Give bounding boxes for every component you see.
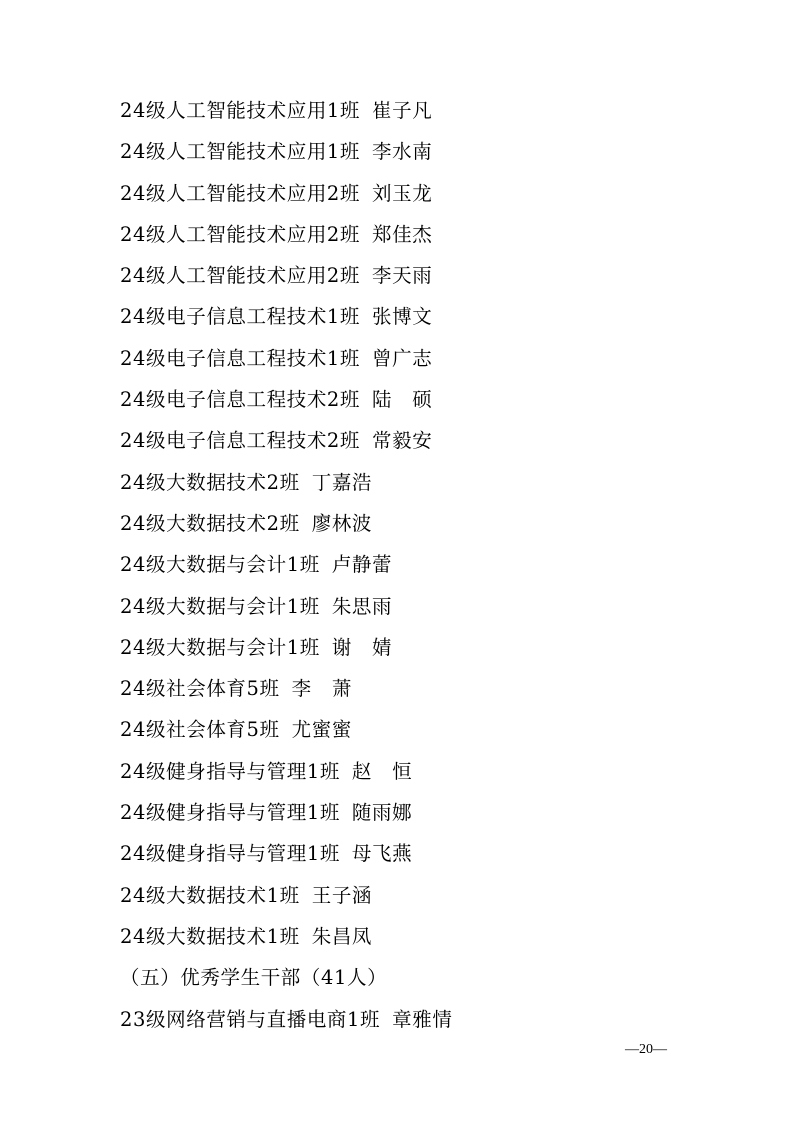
class-name: 24级人工智能技术应用1班 xyxy=(120,131,360,172)
class-name: 24级大数据技术1班 xyxy=(120,875,300,916)
class-name: 24级人工智能技术应用2班 xyxy=(120,214,360,255)
class-name: 24级电子信息工程技术2班 xyxy=(120,379,360,420)
list-item: 24级社会体育5班尤蜜蜜 xyxy=(120,709,452,750)
list-item: 24级大数据技术2班廖林波 xyxy=(120,503,452,544)
document-page: 24级人工智能技术应用1班崔子凡 24级人工智能技术应用1班李水南 24级人工智… xyxy=(0,0,793,1122)
class-name: 24级大数据技术1班 xyxy=(120,916,300,957)
class-name: 24级电子信息工程技术1班 xyxy=(120,338,360,379)
list-item: 24级健身指导与管理1班母飞燕 xyxy=(120,833,452,874)
class-name: 24级电子信息工程技术1班 xyxy=(120,296,360,337)
class-name: 24级人工智能技术应用2班 xyxy=(120,173,360,214)
student-name: 尤蜜蜜 xyxy=(292,709,352,750)
page-number: —20— xyxy=(625,1042,667,1058)
award-list: 24级人工智能技术应用1班崔子凡 24级人工智能技术应用1班李水南 24级人工智… xyxy=(120,90,452,1040)
class-name: 24级社会体育5班 xyxy=(120,709,280,750)
class-name: 24级人工智能技术应用2班 xyxy=(120,255,360,296)
list-item: 24级健身指导与管理1班随雨娜 xyxy=(120,792,452,833)
student-name: 郑佳杰 xyxy=(372,214,432,255)
student-name: 章雅情 xyxy=(392,999,452,1040)
list-item: 24级人工智能技术应用1班崔子凡 xyxy=(120,90,452,131)
list-item: 24级人工智能技术应用2班刘玉龙 xyxy=(120,173,452,214)
student-name: 张博文 xyxy=(372,296,432,337)
student-name: 随雨娜 xyxy=(352,792,412,833)
student-name: 曾广志 xyxy=(372,338,432,379)
student-name: 谢 婧 xyxy=(332,627,392,668)
student-name: 李水南 xyxy=(372,131,432,172)
student-name: 卢静蕾 xyxy=(332,544,392,585)
class-name: 24级电子信息工程技术2班 xyxy=(120,420,360,461)
student-name: 崔子凡 xyxy=(372,90,432,131)
class-name: 24级健身指导与管理1班 xyxy=(120,833,340,874)
list-item: 24级人工智能技术应用2班李天雨 xyxy=(120,255,452,296)
student-name: 陆 硕 xyxy=(372,379,432,420)
list-item: 24级电子信息工程技术1班张博文 xyxy=(120,296,452,337)
student-name: 李 萧 xyxy=(292,668,352,709)
section-heading: （五）优秀学生干部（41人） xyxy=(120,957,452,998)
student-name: 廖林波 xyxy=(312,503,372,544)
list-item: 24级社会体育5班李 萧 xyxy=(120,668,452,709)
list-item: 24级大数据与会计1班朱思雨 xyxy=(120,586,452,627)
student-name: 朱昌凤 xyxy=(312,916,372,957)
list-item: 24级健身指导与管理1班赵 恒 xyxy=(120,751,452,792)
list-item: 24级电子信息工程技术2班常毅安 xyxy=(120,420,452,461)
class-name: 24级大数据技术2班 xyxy=(120,503,300,544)
student-name: 刘玉龙 xyxy=(372,173,432,214)
student-name: 朱思雨 xyxy=(332,586,392,627)
class-name: 23级网络营销与直播电商1班 xyxy=(120,999,380,1040)
class-name: 24级大数据与会计1班 xyxy=(120,627,320,668)
class-name: 24级大数据与会计1班 xyxy=(120,544,320,585)
student-name: 王子涵 xyxy=(312,875,372,916)
list-item: 24级电子信息工程技术1班曾广志 xyxy=(120,338,452,379)
list-item: 24级大数据技术1班朱昌凤 xyxy=(120,916,452,957)
list-item: 24级大数据与会计1班谢 婧 xyxy=(120,627,452,668)
class-name: 24级健身指导与管理1班 xyxy=(120,751,340,792)
class-name: 24级社会体育5班 xyxy=(120,668,280,709)
list-item: 24级大数据技术1班王子涵 xyxy=(120,875,452,916)
student-name: 母飞燕 xyxy=(352,833,412,874)
student-name: 常毅安 xyxy=(372,420,432,461)
student-name: 丁嘉浩 xyxy=(312,462,372,503)
list-item: 23级网络营销与直播电商1班章雅情 xyxy=(120,999,452,1040)
list-item: 24级人工智能技术应用2班郑佳杰 xyxy=(120,214,452,255)
class-name: 24级大数据技术2班 xyxy=(120,462,300,503)
list-item: 24级大数据与会计1班卢静蕾 xyxy=(120,544,452,585)
student-name: 赵 恒 xyxy=(352,751,412,792)
class-name: 24级健身指导与管理1班 xyxy=(120,792,340,833)
class-name: 24级大数据与会计1班 xyxy=(120,586,320,627)
student-name: 李天雨 xyxy=(372,255,432,296)
list-item: 24级大数据技术2班丁嘉浩 xyxy=(120,462,452,503)
class-name: 24级人工智能技术应用1班 xyxy=(120,90,360,131)
list-item: 24级电子信息工程技术2班陆 硕 xyxy=(120,379,452,420)
list-item: 24级人工智能技术应用1班李水南 xyxy=(120,131,452,172)
